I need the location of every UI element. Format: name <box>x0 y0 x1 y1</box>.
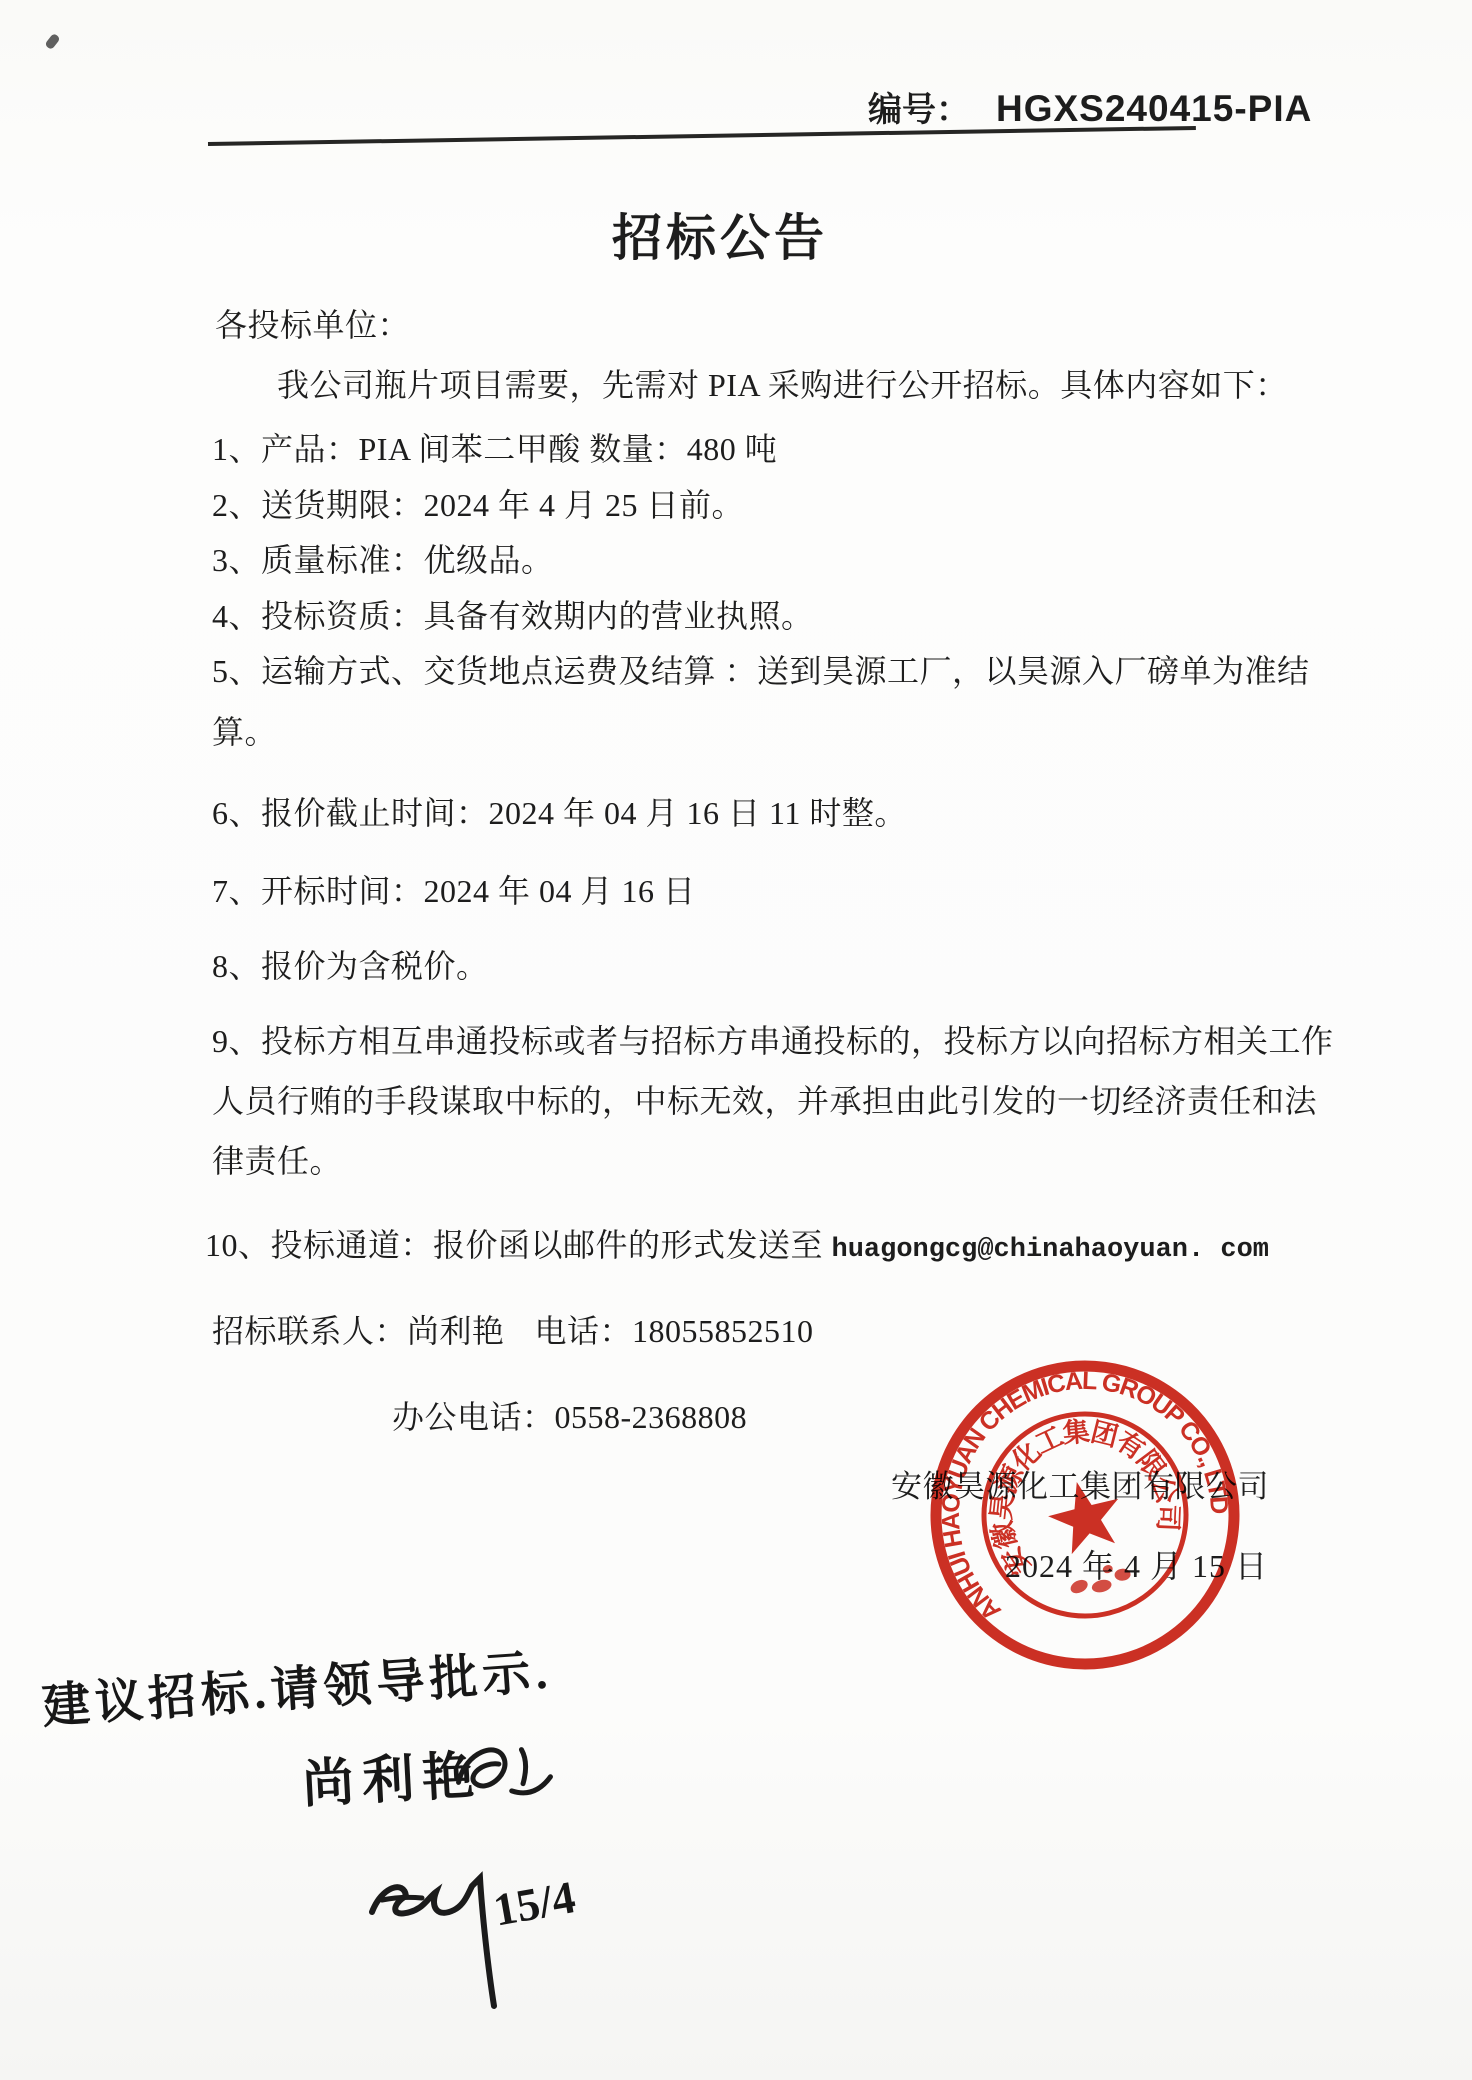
item-8-tax-included: 8、报价为含税价。 <box>212 941 489 987</box>
header-rule <box>208 126 1196 146</box>
handwritten-paraph-scribble <box>436 1724 565 1826</box>
bid-email-address: huagongcg@chinahaoyuan. com <box>832 1235 1269 1265</box>
item-5-transport-line-2: 算。 <box>212 707 277 753</box>
seal-star-icon <box>1042 1473 1129 1557</box>
item-6-quote-deadline: 6、报价截止时间：2024 年 04 月 16 日 11 时整。 <box>212 788 907 834</box>
scan-artifact-speck <box>44 33 60 50</box>
item-9-collusion-line-1: 9、投标方相互串通投标或者与招标方串通投标的，投标方以向招标方相关工作 <box>212 1016 1334 1062</box>
intro-paragraph: 我公司瓶片项目需要，先需对 PIA 采购进行公开招标。具体内容如下： <box>277 360 1288 406</box>
scanned-tender-notice-page: 编号： HGXS240415-PIA 招标公告 各投标单位： 我公司瓶片项目需要… <box>0 0 1472 2080</box>
item-2-delivery-deadline: 2、送货期限：2024 年 4 月 25 日前。 <box>212 480 744 526</box>
item-1-product: 1、产品：PIA 间苯二甲酸 数量：480 吨 <box>212 424 777 470</box>
salutation: 各投标单位： <box>215 300 410 346</box>
item-9-collusion-line-3: 律责任。 <box>212 1136 342 1182</box>
company-seal: ANHUI HAOYUAN CHEMICAL GROUP CO., LTD 安徽… <box>879 1309 1291 1721</box>
item-10-bid-channel: 10、投标通道：报价函以邮件的形式发送至 huagongcg@chinahaoy… <box>205 1220 1269 1266</box>
contact-line: 招标联系人：尚利艳电话：18055852510 <box>212 1306 814 1352</box>
item-9-collusion-line-2: 人员行贿的手段谋取中标的，中标无效，并承担由此引发的一切经济责任和法 <box>212 1076 1317 1122</box>
handwritten-note: 建议招标.请领导批示. <box>40 1632 555 1736</box>
document-number-label: 编号： <box>868 82 970 131</box>
item-3-quality-standard: 3、质量标准：优级品。 <box>212 535 554 581</box>
office-phone: 办公电话：0558-2368808 <box>392 1392 747 1438</box>
item-4-bid-qualification: 4、投标资质：具备有效期内的营业执照。 <box>212 591 814 637</box>
item-5-transport-line-1: 5、运输方式、交货地点运费及结算 ：送到昊源工厂，以昊源入厂磅单为准结 <box>212 646 1310 692</box>
page-title: 招标公告 <box>0 198 1440 270</box>
item-10-prefix: 10、投标通道：报价函以邮件的形式发送至 <box>205 1227 832 1263</box>
document-number-value: HGXS240415-PIA <box>996 88 1312 130</box>
item-7-bid-opening-time: 7、开标时间：2024 年 04 月 16 日 <box>212 866 696 912</box>
document-number: 编号： HGXS240415-PIA <box>868 82 1312 131</box>
seal-small-marks <box>1066 1560 1134 1600</box>
contact-person: 招标联系人：尚利艳 <box>212 1313 505 1349</box>
contact-phone: 电话：18055852510 <box>535 1313 814 1349</box>
